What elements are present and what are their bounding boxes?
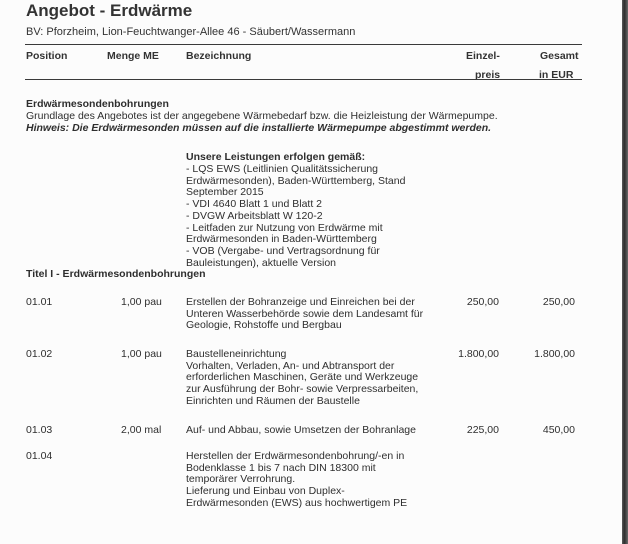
description-line: Erdwärmesonden (EWS) aus hochwertigem PE: [186, 498, 407, 510]
position-total: 450,00: [543, 425, 575, 437]
leistungen-line: - LQS EWS (Leitlinien Qualitätssicherung: [186, 164, 405, 176]
column-header-bezeichnung: Bezeichnung: [186, 50, 251, 62]
leistungen-list: - LQS EWS (Leitlinien Qualitätssicherung…: [186, 164, 405, 269]
position-quantity: 2,00 mal: [121, 425, 161, 437]
header-top-rule: [25, 44, 582, 45]
position-quantity: 1,00 pau: [121, 349, 162, 361]
position-description: Auf- und Abbau, sowie Umsetzen der Bohra…: [186, 425, 416, 437]
position-total: 250,00: [543, 297, 575, 309]
position-total: 1.800,00: [534, 349, 575, 361]
description-line: Baustelleneinrichtung: [186, 349, 418, 361]
column-header-position: Position: [26, 50, 67, 62]
position-number: 01.03: [26, 425, 52, 437]
position-description: Herstellen der Erdwärmesondenbohrung/-en…: [186, 451, 407, 510]
leistungen-line: - DVGW Arbeitsblatt W 120-2: [186, 211, 405, 223]
column-header-menge: Menge ME: [107, 50, 159, 62]
position-unit-price: 1.800,00: [458, 349, 499, 361]
column-header-gesamt: Gesamt: [540, 50, 579, 62]
position-number: 01.01: [26, 297, 52, 309]
intro-text: Grundlage des Angebotes ist der angegebe…: [26, 111, 498, 123]
position-description: Erstellen der Bohranzeige und Einreichen…: [186, 297, 423, 332]
intro-note: Hinweis: Die Erdwärmesonden müssen auf d…: [26, 123, 491, 135]
intro-heading: Erdwärmesondenbohrungen: [26, 99, 169, 111]
project-subtitle: BV: Pforzheim, Lion-Feuchtwanger-Allee 4…: [26, 26, 355, 38]
description-line: Herstellen der Erdwärmesondenbohrung/-en…: [186, 451, 407, 463]
description-line: Einrichten und Räumen der Baustelle: [186, 396, 418, 408]
description-line: Auf- und Abbau, sowie Umsetzen der Bohra…: [186, 425, 416, 437]
position-unit-price: 250,00: [467, 297, 499, 309]
position-quantity: 1,00 pau: [121, 297, 162, 309]
page-edge-border: [622, 0, 628, 544]
position-number: 01.04: [26, 451, 52, 463]
description-line: Geologie, Rohstoffe und Bergbau: [186, 320, 423, 332]
document-page: Angebot - Erdwärme BV: Pforzheim, Lion-F…: [0, 0, 622, 544]
description-line: Erstellen der Bohranzeige und Einreichen…: [186, 297, 423, 309]
position-description: Baustelleneinrichtung Vorhalten, Verlade…: [186, 349, 418, 408]
column-header-einzelpreis: Einzel-: [466, 50, 500, 62]
leistungen-heading: Unsere Leistungen erfolgen gemäß:: [186, 152, 365, 164]
position-number: 01.02: [26, 349, 52, 361]
document-title: Angebot - Erdwärme: [26, 1, 192, 21]
leistungen-line: - VOB (Vergabe- und Vertragsordnung für: [186, 246, 405, 258]
header-bottom-rule: [25, 79, 582, 80]
position-unit-price: 225,00: [467, 425, 499, 437]
section-title: Titel I - Erdwärmesondenbohrungen: [26, 269, 206, 281]
leistungen-line: Bauleistungen), aktuelle Version: [186, 258, 405, 270]
